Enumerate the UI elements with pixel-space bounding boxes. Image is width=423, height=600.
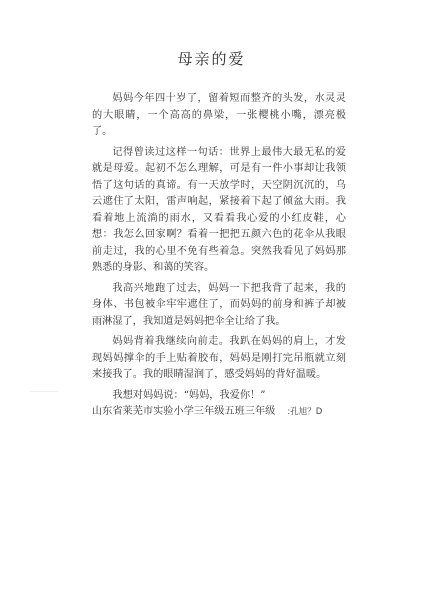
paragraph-1: 妈妈今年四十岁了，留着短而整齐的头发，水灵灵的大眼睛，一个高高的鼻梁，一张樱桃小…: [92, 91, 346, 141]
signature-line: 山东省莱芜市实验小学三年级五班三年级:孔旭？D: [92, 404, 346, 421]
paragraph-3: 我高兴地跑了过去，妈妈一下把我背了起来，我的身体、书包被伞牢牢遮住了，而妈妈的前…: [92, 281, 346, 331]
closing-line: 我想对妈妈说：“妈妈，我爱你！”: [92, 388, 346, 405]
paragraph-2: 记得曾读过这样一句话：世界上最伟大最无私的爱就是母爱。起初不怎么理解，可是有一件…: [92, 145, 346, 277]
signature-name: :孔旭？D: [287, 404, 322, 421]
scan-artifact-line: [30, 391, 58, 392]
essay-body: 妈妈今年四十岁了，留着短而整齐的头发，水灵灵的大眼睛，一个高高的鼻梁，一张樱桃小…: [92, 91, 346, 421]
essay-title: 母亲的爱: [0, 48, 423, 69]
paragraph-4: 妈妈背着我继续向前走。我趴在妈妈的肩上，才发现妈妈撑伞的手上贴着胶布，妈妈是刚打…: [92, 334, 346, 384]
signature-school: 山东省莱芜市实验小学三年级五班三年级: [92, 406, 275, 417]
document-page: 母亲的爱 妈妈今年四十岁了，留着短而整齐的头发，水灵灵的大眼睛，一个高高的鼻梁，…: [0, 0, 423, 600]
